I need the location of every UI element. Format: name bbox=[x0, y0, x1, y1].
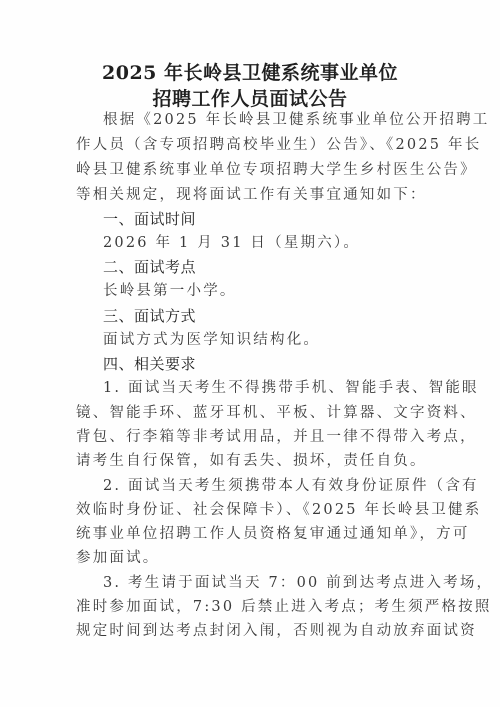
section-body-location: 长岭县第一小学。 bbox=[103, 279, 424, 303]
requirement-1-line: 请考生自行保管，如有丢失、损坏，责任自负。 bbox=[76, 449, 424, 473]
section-body-method: 面试方式为医学知识结构化。 bbox=[103, 328, 424, 352]
requirement-3-line: 规定时间到达考点封闭入闱，否则视为自动放弃面试资 bbox=[76, 619, 424, 643]
requirement-1-line: 1. 面试当天考生不得携带手机、智能手表、智能眼 bbox=[103, 376, 424, 400]
document-page: 2025 年长岭县卫健系统事业单位 招聘工作人员面试公告 根据《2025 年长岭… bbox=[0, 0, 500, 707]
intro-line: 作人员（含专项招聘高校毕业生）公告》、《2025 年长 bbox=[76, 133, 424, 157]
section-heading-location: 二、面试考点 bbox=[103, 255, 424, 279]
requirement-1-line: 镜、智能手环、蓝牙耳机、平板、计算器、文字资料、 bbox=[76, 401, 424, 425]
intro-line: 根据《2025 年长岭县卫健系统事业单位公开招聘工 bbox=[103, 108, 424, 132]
requirement-2-line: 效临时身份证、社会保障卡）、《2025 年长岭县卫健系 bbox=[76, 498, 424, 522]
requirement-3-line: 3. 考生请于面试当天 7：00 前到达考点进入考场， bbox=[103, 571, 424, 595]
section-heading-method: 三、面试方式 bbox=[103, 304, 424, 328]
section-heading-time: 一、面试时间 bbox=[103, 207, 424, 231]
requirement-1-line: 背包、行李箱等非考试用品，并且一律不得带入考点， bbox=[76, 425, 424, 449]
document-title-line-1: 2025 年长岭县卫健系统事业单位 bbox=[0, 60, 500, 86]
requirement-2-line: 统事业单位招聘工作人员资格复审通过通知单》，方可 bbox=[76, 522, 424, 546]
section-body-time: 2026 年 1 月 31 日（星期六）。 bbox=[103, 231, 424, 255]
intro-line: 岭县卫健系统事业单位专项招聘大学生乡村医生公告》 bbox=[76, 158, 424, 182]
requirement-3-line: 准时参加面试，7:30 后禁止进入考点；考生须严格按照 bbox=[76, 595, 424, 619]
intro-line: 等相关规定，现将面试工作有关事宜通知如下： bbox=[76, 183, 424, 207]
requirement-2-line: 2. 面试当天考生须携带本人有效身份证原件（含有 bbox=[103, 474, 424, 498]
requirement-2-line: 参加面试。 bbox=[76, 546, 424, 570]
section-heading-requirements: 四、相关要求 bbox=[103, 352, 424, 376]
